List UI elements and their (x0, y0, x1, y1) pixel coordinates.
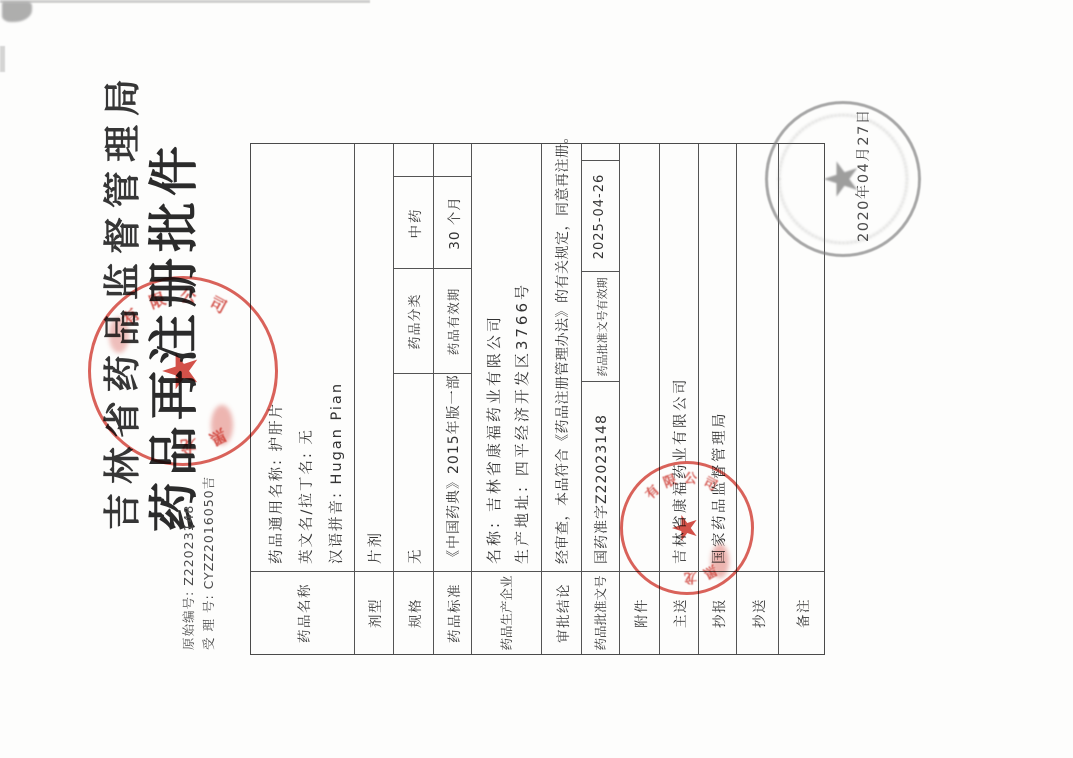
row-label-dosage-form: 剂型 (364, 572, 384, 654)
original-number-line: 原始编号: Z22023148 (179, 505, 197, 650)
manufacturer-address-line: 生产地址: 四平经济开发区3766号 (511, 282, 532, 564)
approval-number-validity-label: 药品批准文号有效期 (594, 272, 610, 382)
manufacturer-name-line: 名称: 吉林省康福药业有限公司 (483, 314, 504, 564)
stamp-ring-char: 有 (640, 480, 663, 503)
star-icon: ★ (665, 513, 705, 543)
standard-value: 《中国药典》2015年版一部 (443, 374, 463, 564)
scanned-certificate-canvas: 吉林省药品监督管理局 药品再注册批件 原始编号: Z22023148 受 理 号… (0, 0, 1073, 758)
row-label-manufacturer: 药品生产企业 (497, 572, 515, 654)
stamp-smudge (711, 544, 729, 578)
stamp-ring-char: 司 (206, 290, 231, 318)
stamp-ring-char: 司 (701, 472, 721, 495)
approval-date: 2020年04月27日 (852, 108, 873, 242)
english-name-line: 英文名/拉丁名: 无 (295, 428, 316, 564)
acceptance-number-value: CYZZ2016050吉 (201, 476, 216, 589)
red-company-stamp-bottom: ★ 黑 龙 有 限 公 司 (620, 461, 754, 595)
table-divider (581, 144, 582, 654)
stamp-ring-char: 龙 (683, 569, 697, 589)
table-divider (393, 144, 394, 654)
stamp-ring-char: 龙 (180, 435, 198, 459)
dosage-form-value: 片剂 (364, 531, 385, 564)
table-divider (619, 144, 620, 654)
acceptance-number-line: 受 理 号: CYZZ2016050吉 (199, 476, 217, 650)
table-divider (354, 144, 355, 654)
stamp-smudge (211, 405, 233, 445)
approval-number-value: 国药准字Z22023148 (591, 414, 611, 564)
drug-category-value: 中药 (404, 177, 424, 269)
specification-value: 无 (404, 548, 425, 565)
row-label-drug-name: 药品名称 (293, 572, 313, 654)
row-label-standard: 药品标准 (443, 572, 463, 654)
stamp-ring-char: 公 (683, 467, 697, 487)
row-label-conclusion: 审批结论 (552, 572, 572, 654)
table-divider (541, 144, 542, 654)
row-label-remarks: 备注 (792, 572, 812, 654)
drug-category-label: 药品分类 (404, 269, 423, 374)
stamp-ring-char: 公 (180, 283, 198, 307)
table-divider (736, 144, 737, 654)
pinyin-name-line: 汉语拼音: Hugan Pian (325, 382, 346, 564)
red-company-stamp-top: ★ 黑 龙 有 限 公 司 (88, 276, 278, 466)
stamp-ring-char: 限 (660, 469, 679, 491)
approval-number-validity-value: 2025-04-26 (592, 161, 607, 272)
validity-period-value: 30 个月 (443, 177, 463, 269)
original-number-value: Z22023148 (181, 505, 196, 586)
approval-table: 药品名称 剂型 规格 药品标准 药品生产企业 审批结论 药品批准文号 附件 主送… (250, 143, 825, 655)
acceptance-number-label: 受 理 号: (201, 594, 216, 650)
validity-period-label: 药品有效期 (444, 269, 462, 374)
generic-name-line: 药品通用名称: 护肝片 (265, 402, 286, 564)
row-label-attachment: 附件 (630, 572, 650, 654)
stamp-ring-char: 限 (146, 286, 169, 313)
certificate-page: 吉林省药品监督管理局 药品再注册批件 原始编号: Z22023148 受 理 号… (0, 0, 1073, 758)
row-label-specification: 规格 (404, 572, 424, 654)
stamp-smudge (109, 317, 129, 353)
table-divider (433, 144, 434, 654)
star-icon: ★ (153, 349, 209, 392)
scan-artifact-top-edge (0, 0, 370, 3)
scan-artifact-left-edge (0, 46, 5, 72)
table-divider (471, 144, 472, 654)
row-label-approval-number: 药品批准文号 (591, 572, 609, 654)
row-label-copy-send: 抄送 (748, 572, 768, 654)
approval-conclusion-text: 经审查，本品符合《药品注册管理办法》的有关规定，同意再注册。 (552, 129, 572, 564)
authority-date-stamp: ★ (765, 101, 921, 257)
original-number-label: 原始编号: (181, 591, 196, 650)
